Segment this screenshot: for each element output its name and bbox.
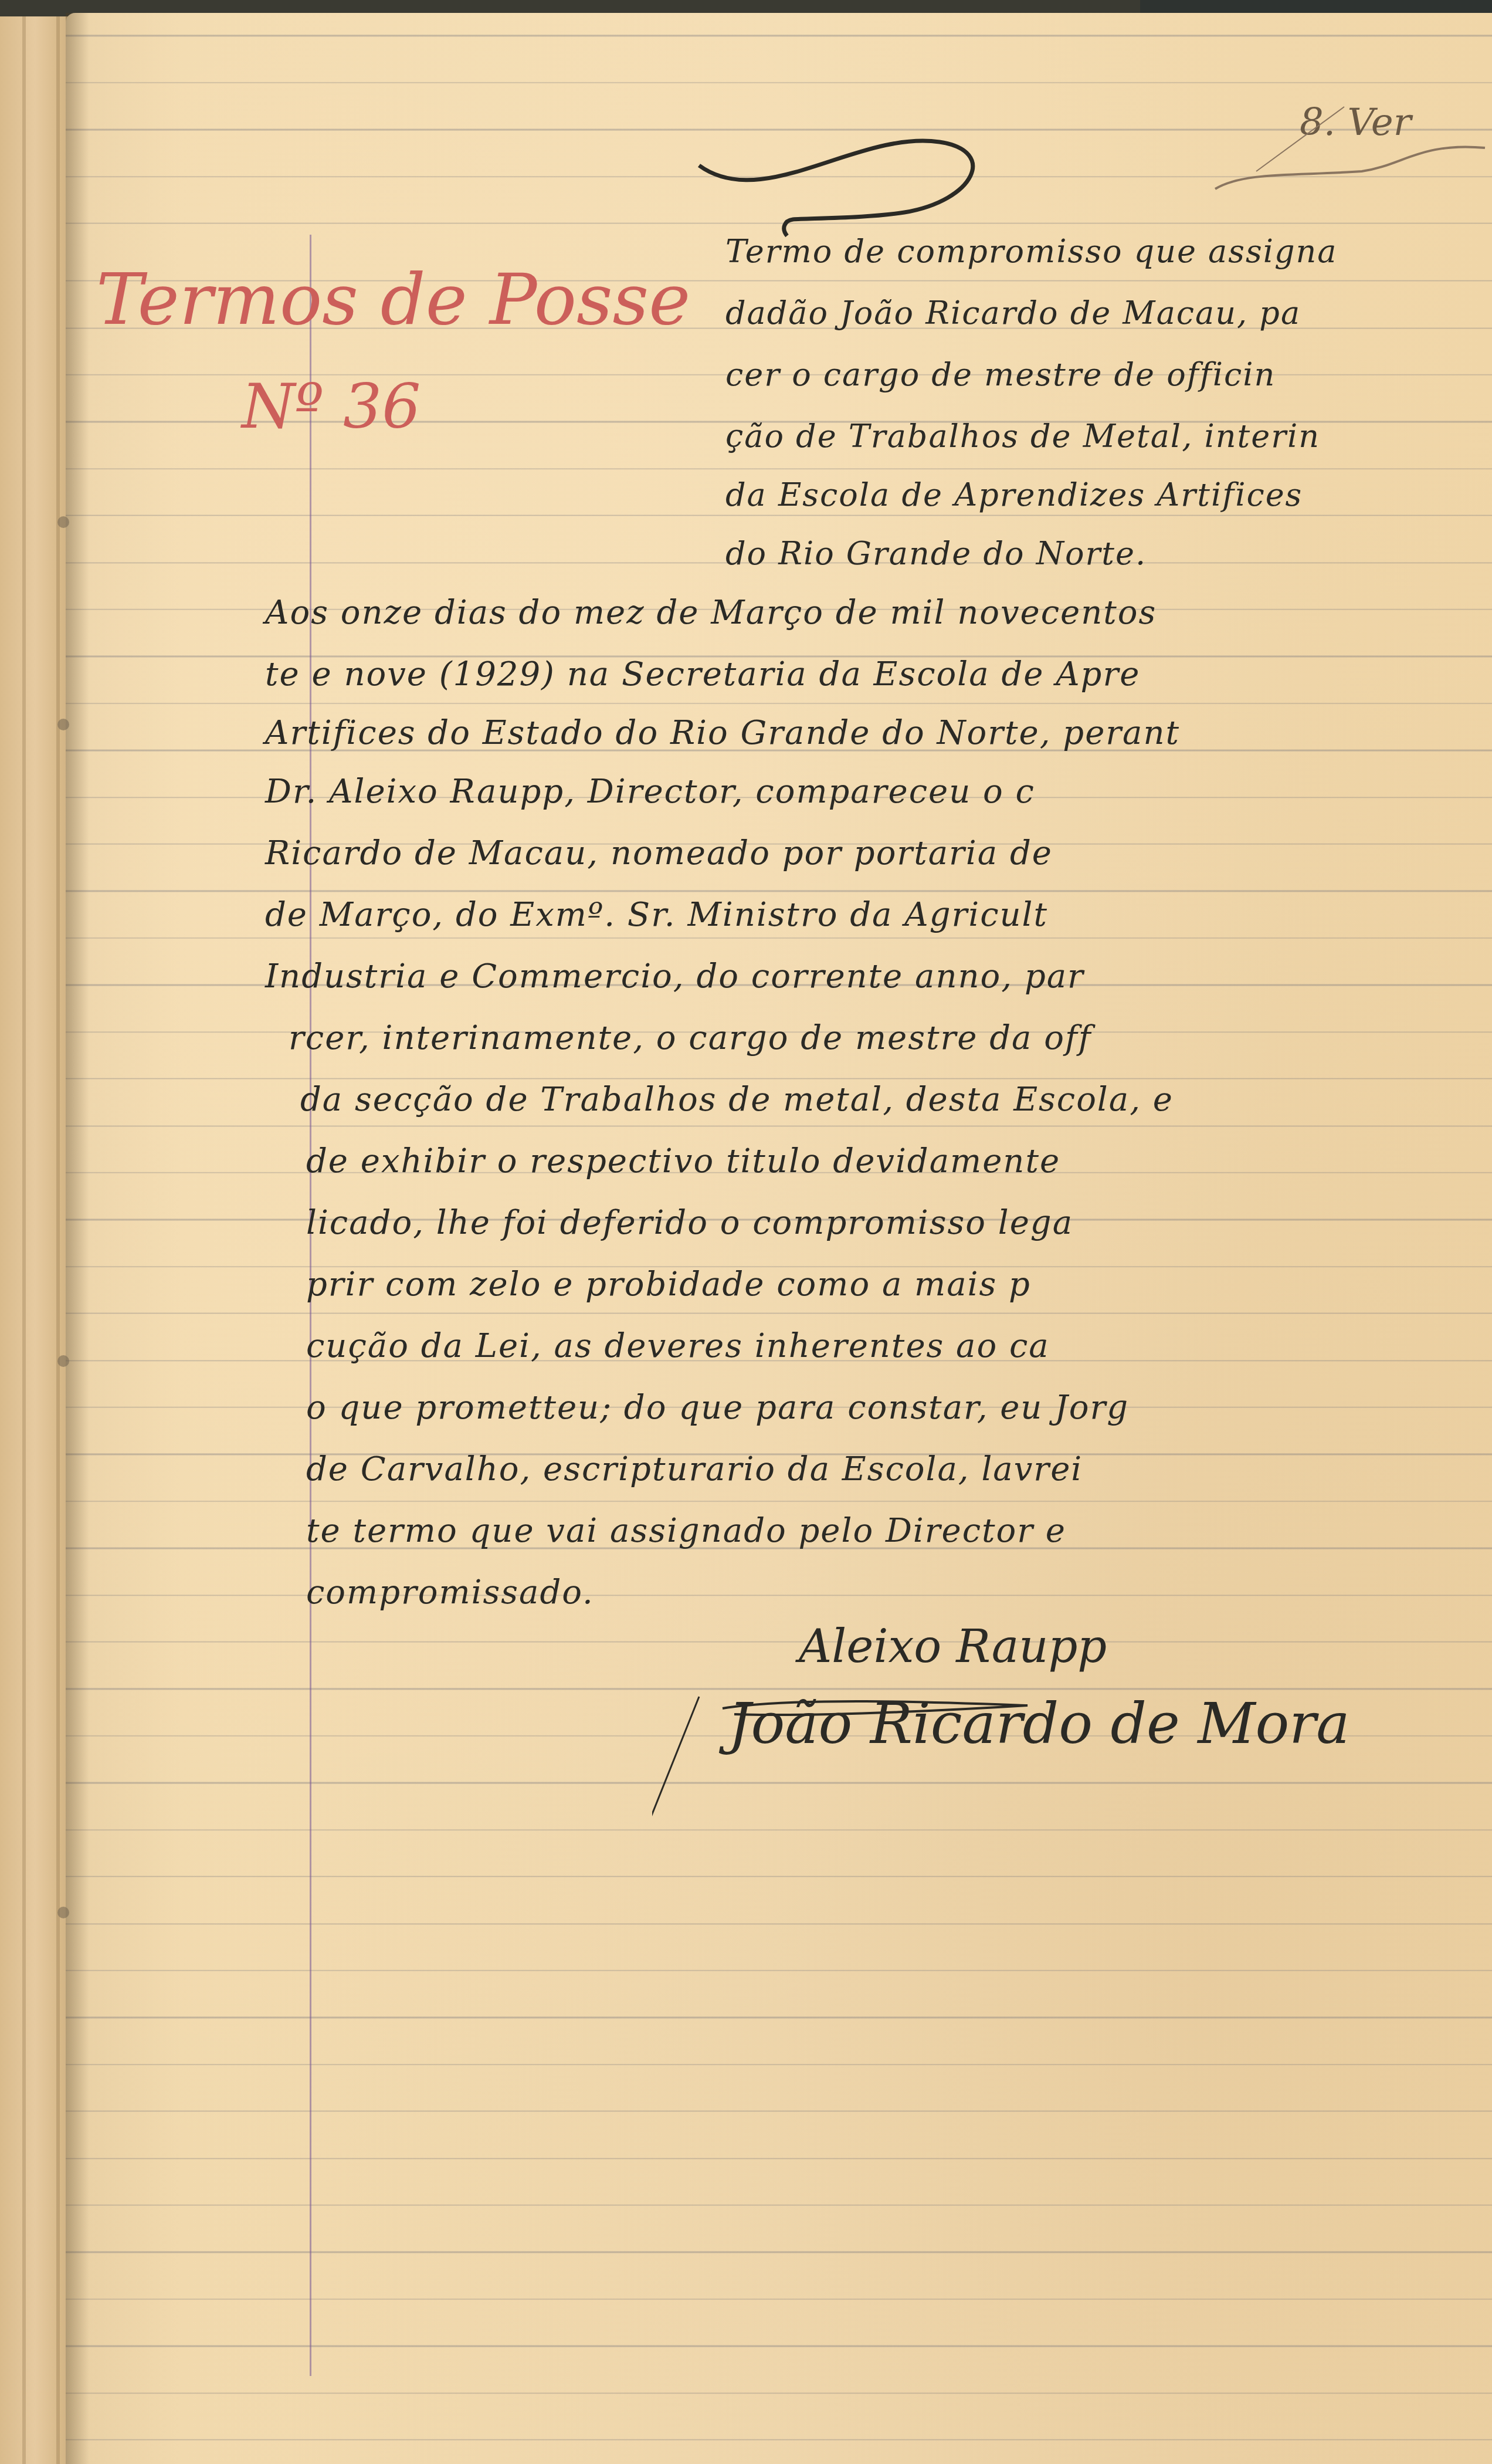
heading-line: do Rio Grande do Norte. [725, 535, 1147, 572]
heading-line: Termo de compromisso que assigna [725, 233, 1338, 270]
page-edge [22, 16, 26, 2464]
binding-shadow [66, 13, 89, 2464]
heading-flourish [693, 130, 998, 248]
folio-underline-flourish [1209, 101, 1492, 195]
body-line: Artifices do Estado do Rio Grande do Nor… [265, 714, 1180, 752]
heading-line: da Escola de Aprendizes Artifices [725, 476, 1303, 513]
body-line: compromissado. [306, 1573, 594, 1612]
heading-line: cer o cargo de mestre de officin [725, 356, 1276, 393]
body-line: te e nove (1929) na Secretaria da Escola… [265, 655, 1140, 693]
body-line: prir com zelo e probidade como a mais p [306, 1265, 1031, 1304]
margin-line [310, 235, 311, 2376]
page-edge [56, 16, 60, 2464]
heading-line: ção de Trabalhos de Metal, interin [725, 418, 1320, 455]
body-line: de exhibir o respectivo titulo devidamen… [306, 1142, 1060, 1180]
margin-title-line1: Termos de Posse [96, 259, 690, 341]
body-line: Ricardo de Macau, nomeado por portaria d… [265, 834, 1053, 872]
signature-compromissado: João Ricardo de Mora [728, 1691, 1349, 1756]
binding-stitch [57, 719, 69, 730]
binding-stitch [57, 1355, 69, 1367]
body-line: o que prometteu; do que para constar, eu… [306, 1389, 1129, 1427]
signature-director: Aleixo Raupp [799, 1620, 1107, 1673]
body-line: de Carvalho, escripturario da Escola, la… [306, 1450, 1083, 1488]
body-line: Aos onze dias do mez de Março de mil nov… [265, 594, 1157, 632]
body-line: da secção de Trabalhos de metal, desta E… [300, 1081, 1174, 1119]
body-line: cução da Lei, as deveres inherentes ao c… [306, 1327, 1050, 1365]
binding-stitch [57, 1907, 69, 1918]
binding-stitch [57, 516, 69, 528]
ledger-page: 8. Ver Termos de Posse Nº 36 Termo de co… [66, 13, 1492, 2464]
body-line: licado, lhe foi deferido o compromisso l… [306, 1204, 1073, 1242]
body-line: te termo que vai assignado pelo Director… [306, 1512, 1066, 1550]
margin-title-line2: Nº 36 [242, 371, 421, 442]
heading-line: dadão João Ricardo de Macau, pa [725, 295, 1301, 331]
body-line: rcer, interinamente, o cargo de mestre d… [289, 1019, 1091, 1057]
body-line: Industria e Commercio, do corrente anno,… [265, 957, 1084, 996]
body-line: Dr. Aleixo Raupp, Director, compareceu o… [265, 773, 1035, 811]
body-line: de Março, do Exmº. Sr. Ministro da Agric… [265, 896, 1048, 934]
